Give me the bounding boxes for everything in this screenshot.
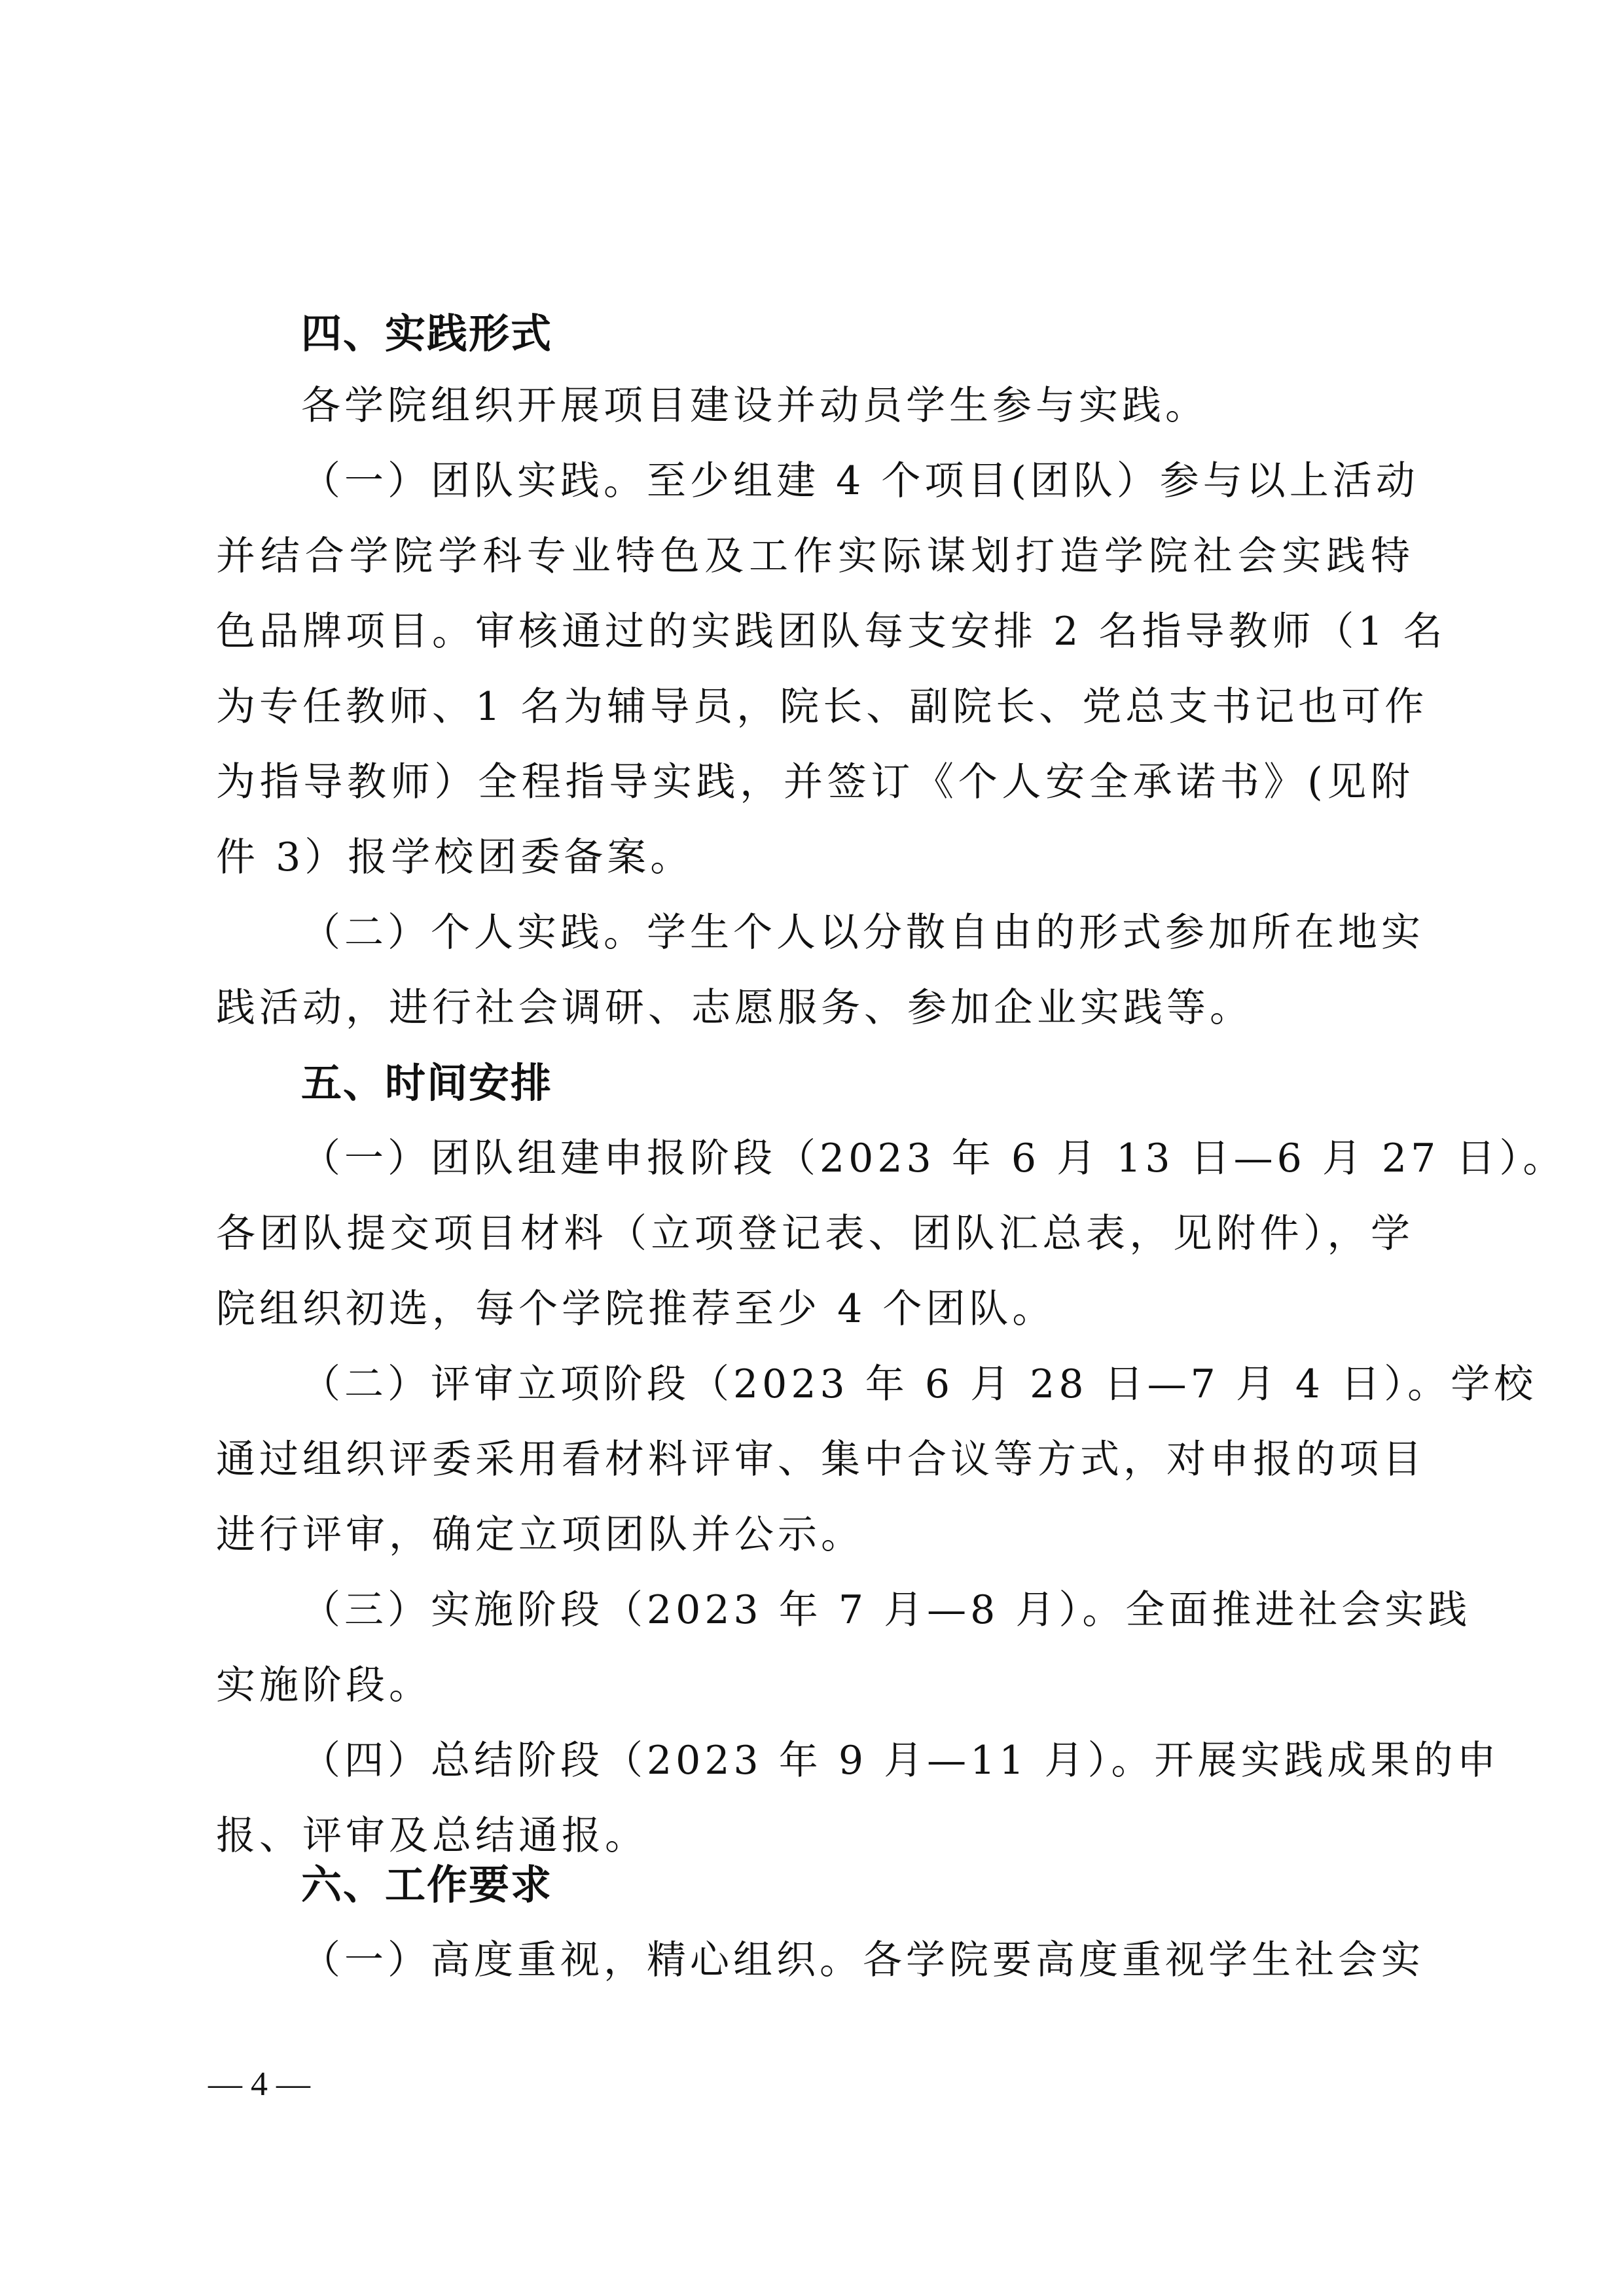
paragraph-line: 并结合学院学科专业特色及工作实际谋划打造学院社会实践特 xyxy=(216,530,1414,583)
paragraph-line: （二）评审立项阶段（2023 年 6 月 28 日—7 月 4 日）。学校 xyxy=(301,1358,1414,1410)
paragraph-line: （三）实施阶段（2023 年 7 月—8 月）。全面推进社会实践 xyxy=(301,1584,1414,1636)
paragraph-line: 报、评审及总结通报。 xyxy=(216,1810,1414,1862)
paragraph-line: （一）团队组建申报阶段（2023 年 6 月 13 日—6 月 27 日）。 xyxy=(301,1132,1414,1185)
paragraph-line: 件 3）报学校团委备案。 xyxy=(216,831,1414,884)
document-page: 四、实践形式 各学院组织开展项目建设并动员学生参与实践。 （一）团队实践。至少组… xyxy=(0,0,1624,2296)
page-number: — 4 — xyxy=(208,2062,310,2108)
paragraph-line: 进行评审，确定立项团队并公示。 xyxy=(216,1509,1414,1561)
section-heading-work-requirements: 六、工作要求 xyxy=(301,1859,552,1911)
paragraph-line: 践活动，进行社会调研、志愿服务、参加企业实践等。 xyxy=(216,982,1414,1034)
paragraph-line: 色品牌项目。审核通过的实践团队每支安排 2 名指导教师（1 名 xyxy=(216,605,1414,658)
paragraph-line: （一）团队实践。至少组建 4 个项目(团队）参与以上活动 xyxy=(301,455,1414,507)
paragraph-line: 为专任教师、1 名为辅导员，院长、副院长、党总支书记也可作 xyxy=(216,681,1414,733)
paragraph-line: 各团队提交项目材料（立项登记表、团队汇总表，见附件），学 xyxy=(216,1208,1414,1260)
paragraph-line: 为指导教师）全程指导实践，并签订《个人安全承诺书》(见附 xyxy=(216,756,1414,808)
paragraph-line: （一）高度重视，精心组织。各学院要高度重视学生社会实 xyxy=(301,1934,1414,1986)
paragraph-line: 各学院组织开展项目建设并动员学生参与实践。 xyxy=(301,380,1414,432)
section-heading-schedule: 五、时间安排 xyxy=(301,1057,552,1109)
paragraph-line: （二）个人实践。学生个人以分散自由的形式参加所在地实 xyxy=(301,906,1414,959)
paragraph-line: 院组织初选，每个学院推荐至少 4 个团队。 xyxy=(216,1283,1414,1335)
paragraph-line: （四）总结阶段（2023 年 9 月—11 月）。开展实践成果的申 xyxy=(301,1734,1414,1787)
section-heading-practice-forms: 四、实践形式 xyxy=(301,308,552,360)
paragraph-line: 实施阶段。 xyxy=(216,1659,1414,1712)
paragraph-line: 通过组织评委采用看材料评审、集中合议等方式，对申报的项目 xyxy=(216,1433,1414,1486)
